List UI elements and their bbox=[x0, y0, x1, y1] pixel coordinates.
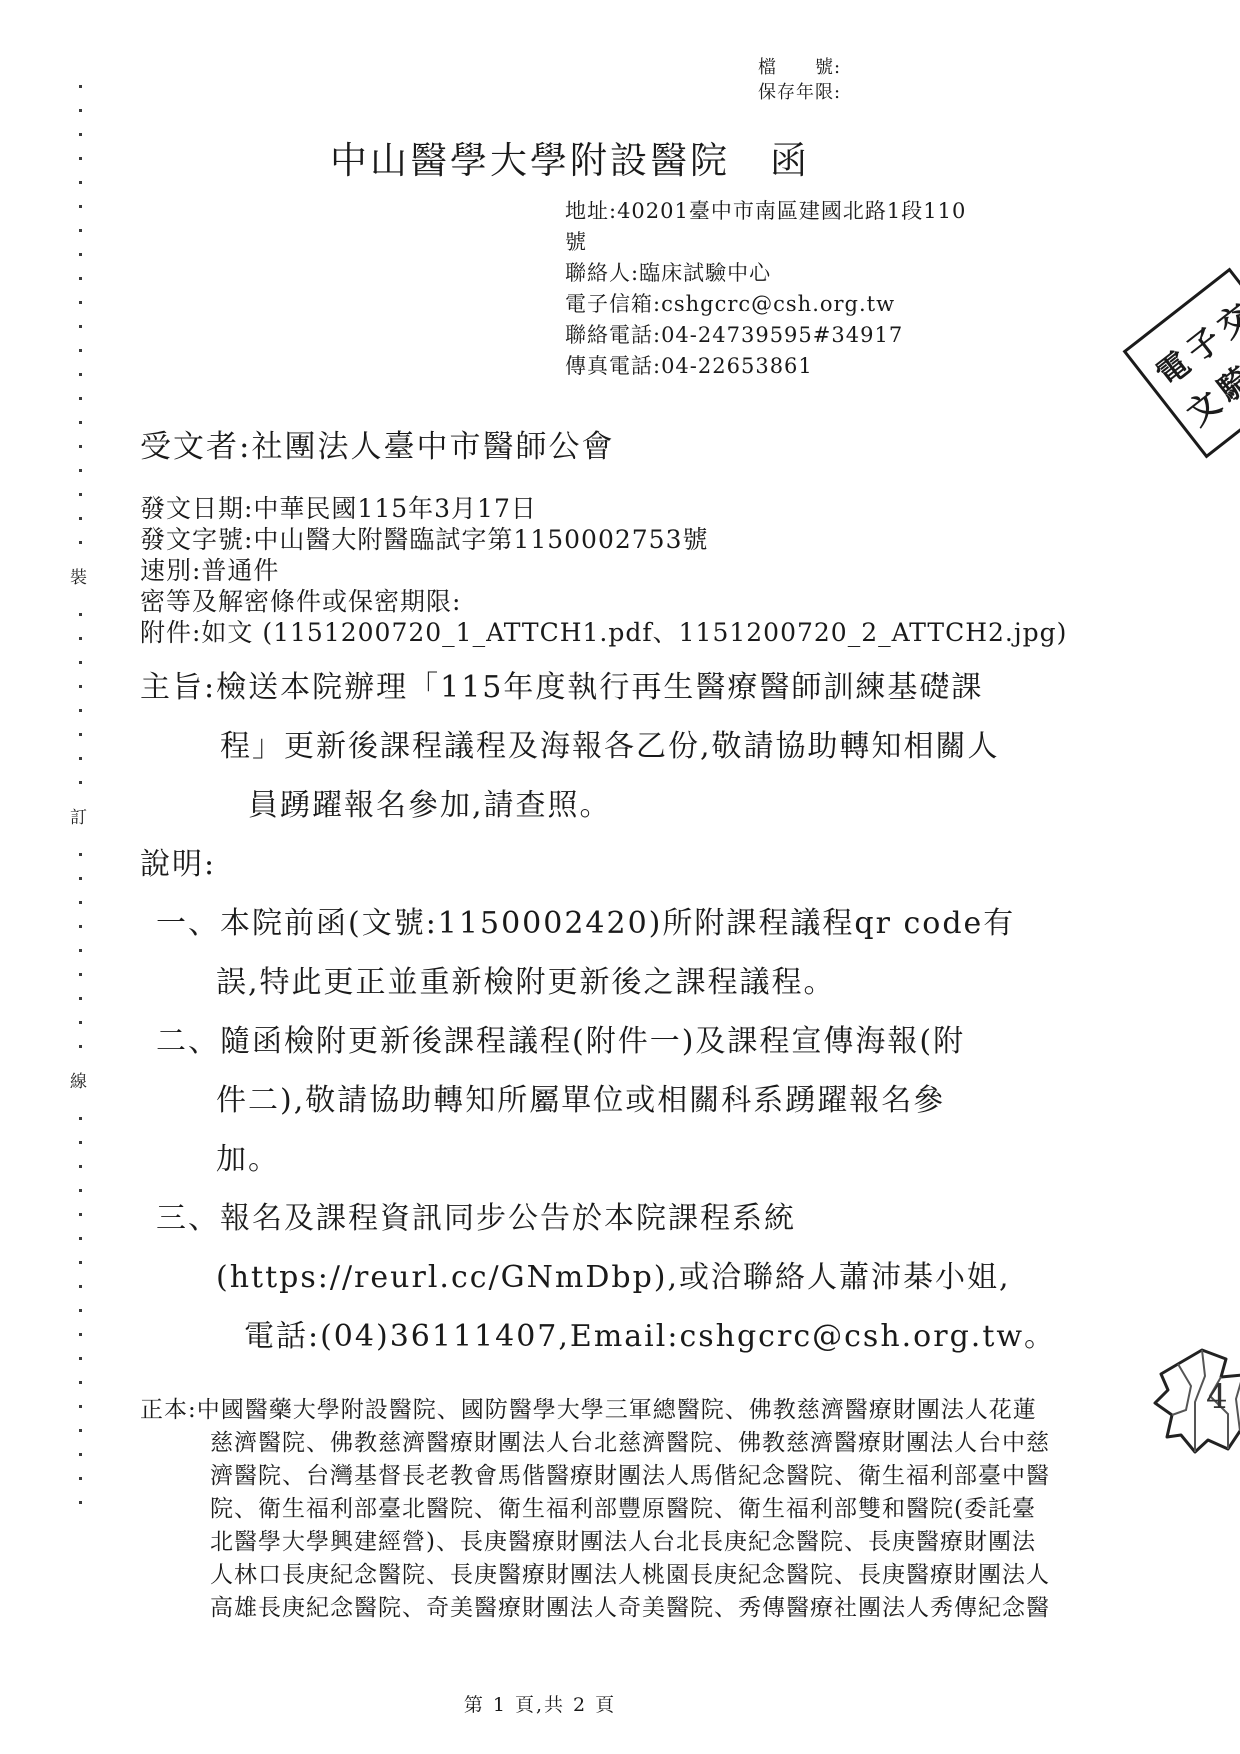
crumpled-paper-graphic: 4 bbox=[1148, 1344, 1240, 1456]
sender-fax: 傳真電話:04-22653861 bbox=[565, 351, 966, 382]
attachment-info: 附件:如文 (1151200720_1_ATTCH1.pdf、115120072… bbox=[140, 617, 1067, 648]
binding-mark-xian: 線 bbox=[70, 1062, 87, 1097]
sender-info-block: 地址:40201臺中市南區建國北路1段110 號 聯絡人:臨床試驗中心 電子信箱… bbox=[565, 196, 966, 382]
explanation-item2-line2: 件二),敬請協助轉知所屬單位或相關科系踴躍報名參 bbox=[140, 1071, 1040, 1130]
copy-to-line-6: 人林口長庚紀念醫院、長庚醫療財團法人桃園長庚紀念醫院、長庚醫療財團法人 bbox=[140, 1559, 1050, 1592]
sender-contact: 聯絡人:臨床試驗中心 bbox=[565, 258, 966, 289]
file-header: 檔 號: 保存年限: bbox=[758, 55, 841, 105]
page-stamp-number: 4 bbox=[1206, 1377, 1228, 1417]
subject-line-3: 員踴躍報名參加,請查照。 bbox=[140, 776, 1040, 835]
sender-phone: 聯絡電話:04-24739595#34917 bbox=[565, 320, 966, 351]
sender-address-line2: 號 bbox=[565, 227, 966, 258]
sender-email: 電子信箱:cshgcrc@csh.org.tw bbox=[565, 289, 966, 320]
page-number-stamp: 4 bbox=[1148, 1344, 1240, 1460]
explanation-item3-line2: (https://reurl.cc/GNmDbp),或洽聯絡人蕭沛棊小姐, bbox=[140, 1248, 1040, 1307]
copy-to-line-2: 慈濟醫院、佛教慈濟醫療財團法人台北慈濟醫院、佛教慈濟醫療財團法人台中慈 bbox=[140, 1427, 1050, 1460]
explanation-item2-line1: 二、隨函檢附更新後課程議程(附件一)及課程宣傳海報(附 bbox=[140, 1012, 1040, 1071]
copy-to-line-3: 濟醫院、台灣基督長老教會馬偕醫療財團法人馬偕紀念醫院、衛生福利部臺中醫 bbox=[140, 1460, 1050, 1493]
file-number-label: 檔 號: bbox=[758, 55, 841, 80]
issue-date: 發文日期:中華民國115年3月17日 bbox=[140, 493, 1067, 524]
explanation-item1-line1: 一、本院前函(文號:1150002420)所附課程議程qr code有 bbox=[140, 894, 1040, 953]
explanation-label: 說明: bbox=[140, 835, 1040, 894]
binding-mark-ding: 訂 bbox=[70, 798, 87, 833]
copy-to-line-1: 正本:中國醫藥大學附設醫院、國防醫學大學三軍總醫院、佛教慈濟醫療財團法人花蓮 bbox=[140, 1394, 1050, 1427]
explanation-item1-line2: 誤,特此更正並重新檢附更新後之課程議程。 bbox=[140, 953, 1040, 1012]
sender-address-line1: 地址:40201臺中市南區建國北路1段110 bbox=[565, 196, 966, 227]
copy-to-line-5: 北醫學大學興建經營)、長庚醫療財團法人台北長庚紀念醫院、長庚醫療財團法 bbox=[140, 1526, 1050, 1559]
copy-to-line-7: 高雄長庚紀念醫院、奇美醫療財團法人奇美醫院、秀傳醫療社團法人秀傳紀念醫 bbox=[140, 1592, 1050, 1625]
explanation-item3-line3: 電話:(04)36111407,Email:cshgcrc@csh.org.tw… bbox=[140, 1307, 1040, 1366]
binding-mark-zhuang: 裝 bbox=[70, 558, 87, 593]
priority-level: 速別:普通件 bbox=[140, 555, 1067, 586]
page-footer: 第 1 頁,共 2 頁 bbox=[140, 1690, 940, 1717]
document-meta-block: 發文日期:中華民國115年3月17日 發文字號:中山醫大附醫臨試字第115000… bbox=[140, 493, 1067, 648]
document-title: 中山醫學大學附設醫院 函 bbox=[140, 130, 1000, 184]
subject-line-2: 程」更新後課程議程及海報各乙份,敬請協助轉知相關人 bbox=[140, 717, 1040, 776]
explanation-item3-line1: 三、報名及課程資訊同步公告於本院課程系統 bbox=[140, 1189, 1040, 1248]
document-number: 發文字號:中山醫大附醫臨試字第1150002753號 bbox=[140, 524, 1067, 555]
official-letter-page: 檔 號: 保存年限: 中山醫學大學附設醫院 函 地址:40201臺中市南區建國北… bbox=[0, 0, 1240, 1754]
security-classification: 密等及解密條件或保密期限: bbox=[140, 586, 1067, 617]
explanation-item2-line3: 加。 bbox=[140, 1130, 1040, 1189]
copy-to-line-4: 院、衛生福利部臺北醫院、衛生福利部豐原醫院、衛生福利部雙和醫院(委託臺 bbox=[140, 1493, 1050, 1526]
retention-period-label: 保存年限: bbox=[758, 80, 841, 105]
recipient-line: 受文者:社團法人臺中市醫師公會 bbox=[140, 421, 614, 466]
copy-to-block: 正本:中國醫藥大學附設醫院、國防醫學大學三軍總醫院、佛教慈濟醫療財團法人花蓮 慈… bbox=[140, 1394, 1050, 1625]
electronic-exchange-stamp: 電子交 文騎縫 bbox=[1123, 268, 1240, 459]
document-body: 主旨:檢送本院辦理「115年度執行再生醫療醫師訓練基礎課 程」更新後課程議程及海… bbox=[140, 658, 1040, 1366]
binding-dotted-line bbox=[79, 85, 82, 1505]
subject-line-1: 主旨:檢送本院辦理「115年度執行再生醫療醫師訓練基礎課 bbox=[140, 658, 1040, 717]
